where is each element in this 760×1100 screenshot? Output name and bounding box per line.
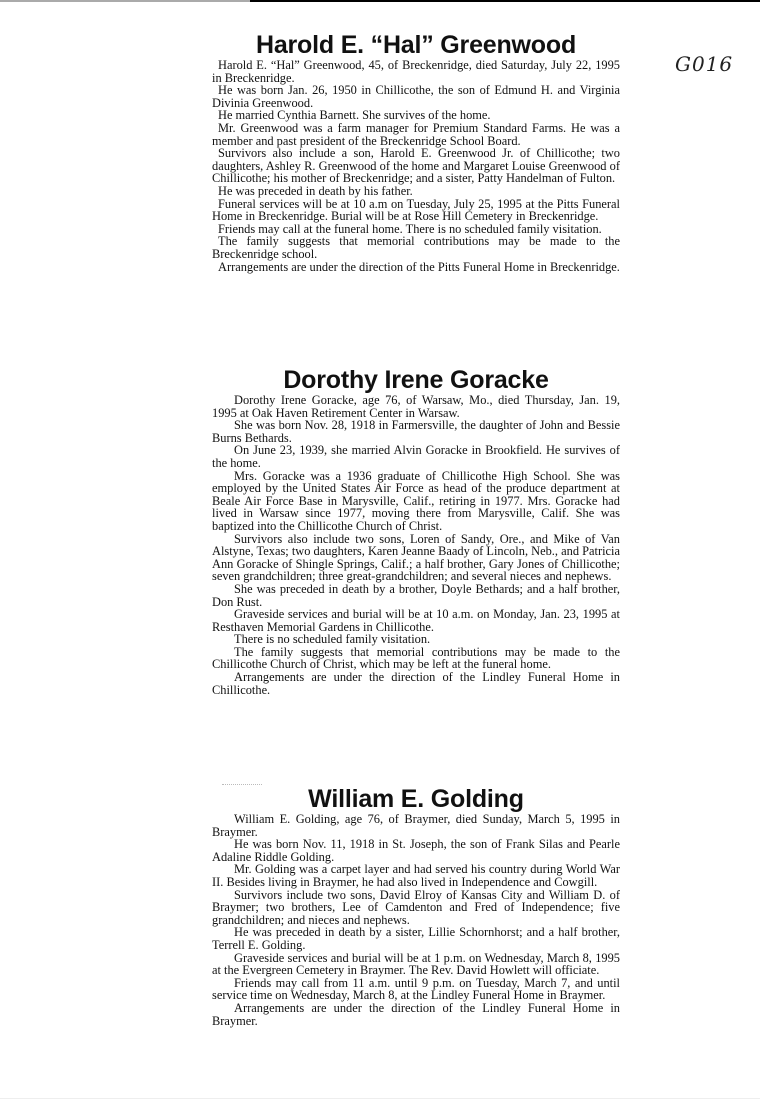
obituary-paragraph: There is no scheduled family visitation. [212, 633, 620, 646]
obituary-body: Harold E. “Hal” Greenwood, 45, of Brecke… [212, 59, 620, 273]
obituary-goracke: Dorothy Irene Goracke Dorothy Irene Gora… [212, 366, 620, 696]
obituary-paragraph: The family suggests that memorial contri… [212, 646, 620, 671]
obituary-paragraph: Arrangements are under the direction of … [212, 671, 620, 696]
obituary-paragraph: Dorothy Irene Goracke, age 76, of Warsaw… [212, 394, 620, 419]
obituary-paragraph: She was preceded in death by a brother, … [212, 583, 620, 608]
obituary-paragraph: Arrangements are under the direction of … [212, 1002, 620, 1027]
obituary-greenwood: Harold E. “Hal” Greenwood Harold E. “Hal… [212, 31, 620, 273]
obituary-title: William E. Golding [212, 785, 620, 813]
obituary-title: Dorothy Irene Goracke [212, 366, 620, 394]
obituary-title: Harold E. “Hal” Greenwood [212, 31, 620, 59]
obituary-paragraph: The family suggests that memorial contri… [212, 235, 620, 260]
obituary-body: Dorothy Irene Goracke, age 76, of Warsaw… [212, 394, 620, 696]
obituary-body: William E. Golding, age 76, of Braymer, … [212, 813, 620, 1027]
obituary-paragraph: Arrangements are under the direction of … [212, 261, 620, 274]
obituary-paragraph: Graveside services and burial will be at… [212, 952, 620, 977]
obituary-paragraph: William E. Golding, age 76, of Braymer, … [212, 813, 620, 838]
bottom-border-rule [0, 1098, 760, 1099]
obituary-paragraph: Funeral services will be at 10 a.m on Tu… [212, 198, 620, 223]
obituary-paragraph: Mr. Golding was a carpet layer and had s… [212, 863, 620, 888]
obituary-paragraph: He was preceded in death by a sister, Li… [212, 926, 620, 951]
obituary-paragraph: Survivors include two sons, David Elroy … [212, 889, 620, 927]
obituary-paragraph: Survivors also include two sons, Loren o… [212, 533, 620, 583]
obituary-paragraph: She was born Nov. 28, 1918 in Farmersvil… [212, 419, 620, 444]
obituary-paragraph: Mr. Greenwood was a farm manager for Pre… [212, 122, 620, 147]
obituary-paragraph: Friends may call from 11 a.m. until 9 p.… [212, 977, 620, 1002]
obituary-paragraph: He was born Jan. 26, 1950 in Chillicothe… [212, 84, 620, 109]
handwritten-page-code: G016 [675, 52, 733, 76]
obituary-paragraph: He was born Nov. 11, 1918 in St. Joseph,… [212, 838, 620, 863]
obituary-golding: William E. Golding William E. Golding, a… [212, 785, 620, 1027]
obituary-paragraph: On June 23, 1939, she married Alvin Gora… [212, 444, 620, 469]
obituary-paragraph: He was preceded in death by his father. [212, 185, 620, 198]
obituary-paragraph: Mrs. Goracke was a 1936 graduate of Chil… [212, 470, 620, 533]
top-border-rule-faded [0, 0, 250, 2]
obituary-paragraph: Harold E. “Hal” Greenwood, 45, of Brecke… [212, 59, 620, 84]
obituary-paragraph: Graveside services and burial will be at… [212, 608, 620, 633]
obituary-paragraph: Survivors also include a son, Harold E. … [212, 147, 620, 185]
